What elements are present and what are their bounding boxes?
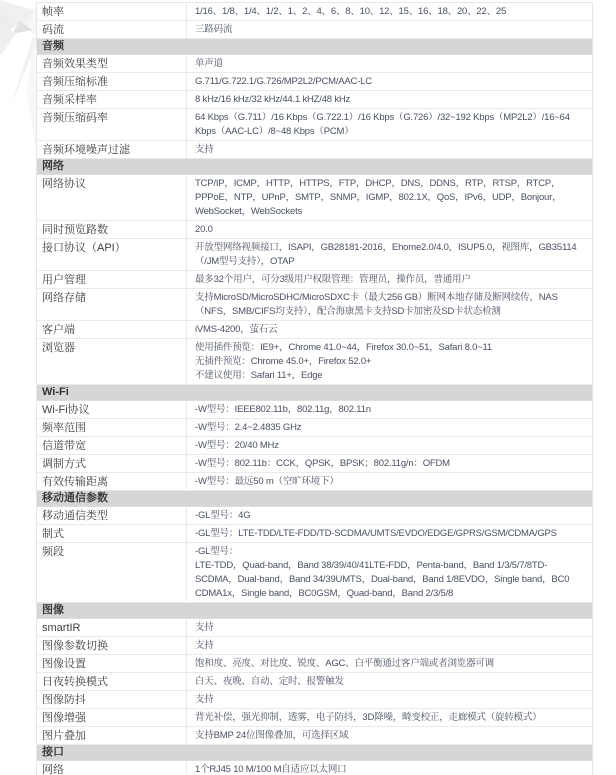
spec-value-cell: TCP/IP，ICMP，HTTP，HTTPS，FTP，DHCP，DNS，DDNS… <box>187 175 592 220</box>
table-row: 调制方式-W型号：802.11b：CCK，QPSK，BPSK；802.11g/n… <box>37 455 592 473</box>
spec-value-line: 饱和度、亮度、对比度、锐度、AGC、白平衡通过客户端或者浏览器可调 <box>195 657 586 671</box>
spec-value-cell: 支持 <box>187 691 592 708</box>
spec-label-cell: 频率范围 <box>37 419 187 436</box>
spec-label-cell: 信道带宽 <box>37 437 187 454</box>
spec-value-cell: 最多32个用户，可分3级用户权限管理：管理员，操作员，普通用户 <box>187 271 592 288</box>
spec-value-cell: 支持 <box>187 637 592 654</box>
spec-value-line: LTE-TDD，Quad-band，Band 38/39/40/41LTE-FD… <box>195 559 586 601</box>
section-header-mobile: 移动通信参数 <box>37 491 592 507</box>
spec-value-line: 1/16、1/8、1/4、1/2、1、2、4、6、8、10、12、15、16、1… <box>195 5 586 19</box>
spec-value-line: 支持MicroSD/MicroSDHC/MicroSDXC卡（最大256 GB）… <box>195 291 586 319</box>
spec-label-cell: 音频压缩标准 <box>37 73 187 90</box>
spec-value-cell: 白天、夜晚、自动、定时、报警触发 <box>187 673 592 690</box>
spec-value-line: 20.0 <box>195 223 586 237</box>
spec-value-cell: 饱和度、亮度、对比度、锐度、AGC、白平衡通过客户端或者浏览器可调 <box>187 655 592 672</box>
spec-value-line: 支持BMP 24位图像叠加，可选择区域 <box>195 729 586 743</box>
table-row: 制式-GL型号：LTE-TDD/LTE-FDD/TD-SCDMA/UMTS/EV… <box>37 525 592 543</box>
spec-value-cell: -GL型号：LTE-TDD/LTE-FDD/TD-SCDMA/UMTS/EVDO… <box>187 525 592 542</box>
spec-value-line: G.711/G.722.1/G.726/MP2L2/PCM/AAC-LC <box>195 75 586 89</box>
spec-value-cell: iVMS-4200，萤石云 <box>187 321 592 338</box>
table-row: 客户端iVMS-4200，萤石云 <box>37 321 592 339</box>
table-row: 图像增强背光补偿，强光抑制，透雾，电子防抖，3D降噪，畸变校正，走廊模式（旋转模… <box>37 709 592 727</box>
table-row: 频段-GL型号：LTE-TDD，Quad-band，Band 38/39/40/… <box>37 543 592 603</box>
spec-value-cell: 1/16、1/8、1/4、1/2、1、2、4、6、8、10、12、15、16、1… <box>187 3 592 20</box>
star-watermark-graphic <box>0 0 40 180</box>
spec-value-cell: -W型号：20/40 MHz <box>187 437 592 454</box>
spec-value-cell: 背光补偿，强光抑制，透雾，电子防抖，3D降噪，畸变校正，走廊模式（旋转模式） <box>187 709 592 726</box>
table-row: 日夜转换模式白天、夜晚、自动、定时、报警触发 <box>37 673 592 691</box>
spec-value-cell: 20.0 <box>187 221 592 238</box>
spec-label-cell: 音频采样率 <box>37 91 187 108</box>
spec-label-cell: 有效传输距离 <box>37 473 187 490</box>
spec-label-cell: 音频压缩码率 <box>37 109 187 140</box>
spec-label-cell: 用户管理 <box>37 271 187 288</box>
spec-value-line: 支持 <box>195 693 586 707</box>
spec-label-cell: 同时预览路数 <box>37 221 187 238</box>
spec-label-cell: 码流 <box>37 21 187 38</box>
table-row: 频率范围-W型号：2.4~2.4835 GHz <box>37 419 592 437</box>
spec-value-line: 8 kHz/16 kHz/32 kHz/44.1 kHZ/48 kHz <box>195 93 586 107</box>
table-row: 码流三路码流 <box>37 21 592 39</box>
table-row: 图片叠加支持BMP 24位图像叠加，可选择区域 <box>37 727 592 745</box>
spec-value-line: 无插件预览：Chrome 45.0+，Firefox 52.0+ <box>195 355 586 369</box>
spec-label-cell: 调制方式 <box>37 455 187 472</box>
table-row: 移动通信类型-GL型号：4G <box>37 507 592 525</box>
table-row: 网络协议TCP/IP，ICMP，HTTP，HTTPS，FTP，DHCP，DNS，… <box>37 175 592 221</box>
spec-label-cell: 图像防抖 <box>37 691 187 708</box>
spec-label-cell: 网络 <box>37 761 187 775</box>
spec-value-cell: 开放型网络视频接口，ISAPI，GB28181-2016，Ehome2.0/4.… <box>187 239 592 270</box>
table-row: 同时预览路数20.0 <box>37 221 592 239</box>
spec-value-line: 64 Kbps（G.711）/16 Kbps（G.722.1）/16 Kbps（… <box>195 111 586 139</box>
spec-value-line: -W型号：2.4~2.4835 GHz <box>195 421 586 435</box>
spec-label-cell: 图像设置 <box>37 655 187 672</box>
table-row: 图像防抖支持 <box>37 691 592 709</box>
section-header-audio: 音频 <box>37 39 592 55</box>
spec-label-cell: 图片叠加 <box>37 727 187 744</box>
spec-value-cell: G.711/G.722.1/G.726/MP2L2/PCM/AAC-LC <box>187 73 592 90</box>
section-header-wifi: Wi-Fi <box>37 385 592 401</box>
spec-value-cell: -W型号：最远50 m（空旷环境下） <box>187 473 592 490</box>
spec-value-cell: -GL型号：LTE-TDD，Quad-band，Band 38/39/40/41… <box>187 543 592 602</box>
table-row: 音频采样率8 kHz/16 kHz/32 kHz/44.1 kHZ/48 kHz <box>37 91 592 109</box>
table-row: 音频压缩标准G.711/G.722.1/G.726/MP2L2/PCM/AAC-… <box>37 73 592 91</box>
spec-value-cell: 支持 <box>187 141 592 158</box>
spec-value-cell: 8 kHz/16 kHz/32 kHz/44.1 kHZ/48 kHz <box>187 91 592 108</box>
table-row: 有效传输距离-W型号：最远50 m（空旷环境下） <box>37 473 592 491</box>
spec-value-line: -W型号：802.11b：CCK，QPSK，BPSK；802.11g/n：OFD… <box>195 457 586 471</box>
spec-label-cell: Wi-Fi协议 <box>37 401 187 418</box>
spec-label-cell: 网络存储 <box>37 289 187 320</box>
table-row: 浏览器使用插件预览：IE9+，Chrome 41.0~44，Firefox 30… <box>37 339 592 385</box>
table-row: 音频环境噪声过滤支持 <box>37 141 592 159</box>
spec-value-line: 开放型网络视频接口，ISAPI，GB28181-2016，Ehome2.0/4.… <box>195 241 586 269</box>
spec-label-cell: 图像参数切换 <box>37 637 187 654</box>
spec-value-cell: -W型号：2.4~2.4835 GHz <box>187 419 592 436</box>
spec-label-cell: 音频效果类型 <box>37 55 187 72</box>
spec-label-cell: 日夜转换模式 <box>37 673 187 690</box>
table-row: 音频压缩码率64 Kbps（G.711）/16 Kbps（G.722.1）/16… <box>37 109 592 141</box>
spec-label-cell: 接口协议（API） <box>37 239 187 270</box>
spec-value-line: 三路码流 <box>195 23 586 37</box>
table-row: 音频效果类型单声道 <box>37 55 592 73</box>
spec-value-line: 背光补偿，强光抑制，透雾，电子防抖，3D降噪，畸变校正，走廊模式（旋转模式） <box>195 711 586 725</box>
spec-value-line: iVMS-4200，萤石云 <box>195 323 586 337</box>
spec-value-line: -W型号：IEEE802.11b，802.11g，802.11n <box>195 403 586 417</box>
spec-value-cell: 单声道 <box>187 55 592 72</box>
spec-value-line: -GL型号： <box>195 545 586 559</box>
spec-label-cell: 客户端 <box>37 321 187 338</box>
table-row: 接口协议（API）开放型网络视频接口，ISAPI，GB28181-2016，Eh… <box>37 239 592 271</box>
spec-value-cell: 支持MicroSD/MicroSDHC/MicroSDXC卡（最大256 GB）… <box>187 289 592 320</box>
spec-value-cell: 支持 <box>187 619 592 636</box>
spec-label-cell: smartIR <box>37 619 187 636</box>
spec-label-cell: 图像增强 <box>37 709 187 726</box>
spec-value-cell: 1个RJ45 10 M/100 M自适应以太网口 <box>187 761 592 775</box>
spec-label-cell: 浏览器 <box>37 339 187 384</box>
spec-label-cell: 网络协议 <box>37 175 187 220</box>
spec-label-cell: 音频环境噪声过滤 <box>37 141 187 158</box>
spec-value-line: 1个RJ45 10 M/100 M自适应以太网口 <box>195 763 586 775</box>
spec-label-cell: 频段 <box>37 543 187 602</box>
spec-value-cell: -GL型号：4G <box>187 507 592 524</box>
table-row: smartIR支持 <box>37 619 592 637</box>
spec-value-cell: 支持BMP 24位图像叠加，可选择区域 <box>187 727 592 744</box>
section-header-image: 图像 <box>37 603 592 619</box>
spec-table: 帧率1/16、1/8、1/4、1/2、1、2、4、6、8、10、12、15、16… <box>36 2 593 775</box>
spec-value-line: 不建议使用：Safari 11+，Edge <box>195 369 586 383</box>
spec-value-line: 单声道 <box>195 57 586 71</box>
table-row: 图像设置饱和度、亮度、对比度、锐度、AGC、白平衡通过客户端或者浏览器可调 <box>37 655 592 673</box>
spec-value-line: -W型号：20/40 MHz <box>195 439 586 453</box>
table-row: 网络1个RJ45 10 M/100 M自适应以太网口 <box>37 761 592 775</box>
spec-value-cell: 64 Kbps（G.711）/16 Kbps（G.722.1）/16 Kbps（… <box>187 109 592 140</box>
spec-value-line: 支持 <box>195 639 586 653</box>
table-row: 网络存储支持MicroSD/MicroSDHC/MicroSDXC卡（最大256… <box>37 289 592 321</box>
spec-value-line: TCP/IP，ICMP，HTTP，HTTPS，FTP，DHCP，DNS，DDNS… <box>195 177 586 219</box>
table-row: 用户管理最多32个用户，可分3级用户权限管理：管理员，操作员，普通用户 <box>37 271 592 289</box>
spec-value-cell: 三路码流 <box>187 21 592 38</box>
table-row: Wi-Fi协议-W型号：IEEE802.11b，802.11g，802.11n <box>37 401 592 419</box>
spec-value-line: 支持 <box>195 143 586 157</box>
table-row: 图像参数切换支持 <box>37 637 592 655</box>
section-header-interface: 接口 <box>37 745 592 761</box>
spec-value-line: 支持 <box>195 621 586 635</box>
spec-value-line: 白天、夜晚、自动、定时、报警触发 <box>195 675 586 689</box>
spec-value-line: 使用插件预览：IE9+，Chrome 41.0~44，Firefox 30.0~… <box>195 341 586 355</box>
spec-value-cell: 使用插件预览：IE9+，Chrome 41.0~44，Firefox 30.0~… <box>187 339 592 384</box>
spec-value-line: -W型号：最远50 m（空旷环境下） <box>195 475 586 489</box>
section-header-network: 网络 <box>37 159 592 175</box>
spec-value-line: -GL型号：4G <box>195 509 586 523</box>
spec-value-cell: -W型号：IEEE802.11b，802.11g，802.11n <box>187 401 592 418</box>
table-row: 帧率1/16、1/8、1/4、1/2、1、2、4、6、8、10、12、15、16… <box>37 3 592 21</box>
table-row: 信道带宽-W型号：20/40 MHz <box>37 437 592 455</box>
spec-value-line: -GL型号：LTE-TDD/LTE-FDD/TD-SCDMA/UMTS/EVDO… <box>195 527 586 541</box>
spec-value-line: 最多32个用户，可分3级用户权限管理：管理员，操作员，普通用户 <box>195 273 586 287</box>
spec-label-cell: 移动通信类型 <box>37 507 187 524</box>
spec-label-cell: 制式 <box>37 525 187 542</box>
spec-label-cell: 帧率 <box>37 3 187 20</box>
spec-value-cell: -W型号：802.11b：CCK，QPSK，BPSK；802.11g/n：OFD… <box>187 455 592 472</box>
